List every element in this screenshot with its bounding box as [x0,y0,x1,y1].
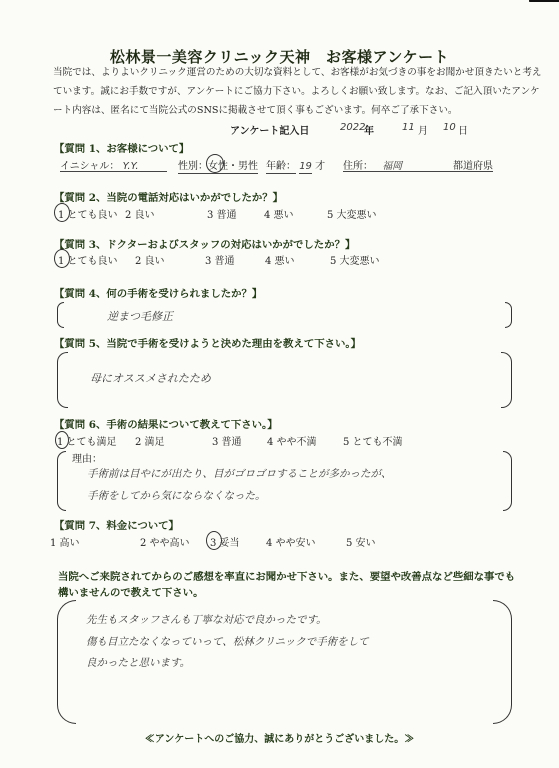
gender-option-male[interactable]: 男性 [238,161,258,172]
q5-heading: 【質問 5、当院で手術を受けようと決めた理由を教えて下さい。】 [54,335,361,350]
address-unit: 都道府県 [453,157,493,172]
date-year-unit: 年 [364,122,374,137]
q7-option-4[interactable]: 4 やや安い [266,534,316,549]
date-label: アンケート記入日 [230,122,309,137]
date-month-unit: 月 [418,122,428,137]
q6-reason-line-2[interactable]: 手術をしてから気にならなくなった。 [87,488,266,503]
age-unit: 才 [315,161,325,172]
q6-bracket-left [57,451,66,511]
initials-value: Y.Y. [123,161,139,172]
q6-option-3[interactable]: 3 普通 [212,433,242,448]
feedback-prompt-line-1: 当院へご来院されてからのご感想を率直にお聞かせ下さい。また、要望や改善点など些細… [58,568,515,583]
q2-selected-circle [54,203,70,222]
age-label: 年齢： [266,161,296,174]
q2-heading: 【質問 2、当院の電話対応はいかがでしたか？】 [54,189,283,204]
q6-option-4[interactable]: 4 やや不満 [267,433,317,448]
q3-option-4[interactable]: 4 悪い [265,252,295,267]
q6-option-5[interactable]: 5 とても不満 [343,433,403,448]
address-label: 住所： [343,161,373,172]
q1-heading: 【質問 1、お客様について】 [54,140,189,155]
gender-label: 性別： [178,161,208,172]
q6-bracket-right [503,451,512,511]
date-month-value[interactable]: 11 [402,122,415,133]
age-value: 19 [299,161,312,174]
q4-heading: 【質問 4、何の手術を受けられましたか？】 [54,285,262,300]
q2-option-5[interactable]: 5 大変悪い [327,206,377,221]
q4-bracket-left [57,302,64,328]
q3-option-2[interactable]: 2 良い [135,252,165,267]
intro-line-1: 当院では、よりよいクリニック運営のための大切な資料として、お客様がお気づきの事を… [53,63,542,82]
q6-option-2[interactable]: 2 満足 [135,433,165,448]
initials-label: イニシャル： [60,161,119,172]
feedback-answer-line-1[interactable]: 先生もスタッフさんも丁寧な対応で良かったです。 [86,612,327,627]
q3-option-3[interactable]: 3 普通 [205,252,235,267]
q7-option-1[interactable]: 1 高い [50,534,80,549]
q6-reason-label: 理由： [72,450,102,465]
q4-answer[interactable]: 逆まつ毛修正 [107,308,173,324]
q7-heading: 【質問 7、料金について】 [54,517,179,532]
q7-option-2[interactable]: 2 やや高い [140,534,190,549]
feedback-answer-line-3[interactable]: 良かったと思います。 [86,655,190,670]
initials-field[interactable]: イニシャル： Y.Y. [60,157,167,172]
date-day-unit: 日 [458,122,468,137]
feedback-bracket-left [57,600,76,724]
address-field[interactable]: 住所： 福岡 都道府県 [343,157,493,172]
q2-option-4[interactable]: 4 悪い [264,206,294,221]
address-value: 福岡 [382,161,402,172]
gender-separator: ・ [228,161,238,172]
intro-line-2: ています。誠にお手数ですが、アンケートにご協力下さい。よろしくお願い致します。な… [53,82,540,101]
q6-reason-line-1[interactable]: 手術前は目やにが出たり、目がゴロゴロすることが多かったが、 [87,466,392,481]
q5-bracket-right [501,352,512,408]
q3-selected-circle [54,249,70,268]
feedback-bracket-right [493,600,512,724]
intro-line-3: ート内容は、匿名にて当院公式のSNSに掲載させて頂く事もございます。何卒ご了承下… [53,101,458,120]
q6-selected-circle [55,431,69,449]
q6-heading: 【質問 6、手術の結果について教えて下さい。】 [54,416,278,431]
q2-option-3[interactable]: 3 普通 [207,206,237,221]
feedback-answer-line-2[interactable]: 傷も目立たなくなっていって、松林クリニックで手術をして [86,634,369,649]
q5-bracket-left [57,352,68,408]
q4-bracket-right [505,302,512,328]
age-field[interactable]: 年齢： 19 才 [266,157,325,172]
scan-edge-artifact [529,0,559,8]
gender-female-selected-circle [206,154,224,173]
q7-selected-circle [206,531,222,550]
q2-option-2[interactable]: 2 良い [125,206,155,221]
date-year-value[interactable]: 2022 [340,122,365,133]
q3-heading: 【質問 3、ドクターおよびスタッフの対応はいかがでしたか？】 [54,236,355,251]
q7-option-5[interactable]: 5 安い [346,534,376,549]
feedback-prompt-line-2: 構いませんので教えて下さい。 [58,584,203,599]
q5-answer[interactable]: 母にオススメされたため [90,370,211,386]
date-day-value[interactable]: 10 [443,122,456,133]
thank-you-footer: ≪アンケートへのご協力、誠にありがとうございました。≫ [0,730,559,745]
q3-option-5[interactable]: 5 大変悪い [330,252,380,267]
